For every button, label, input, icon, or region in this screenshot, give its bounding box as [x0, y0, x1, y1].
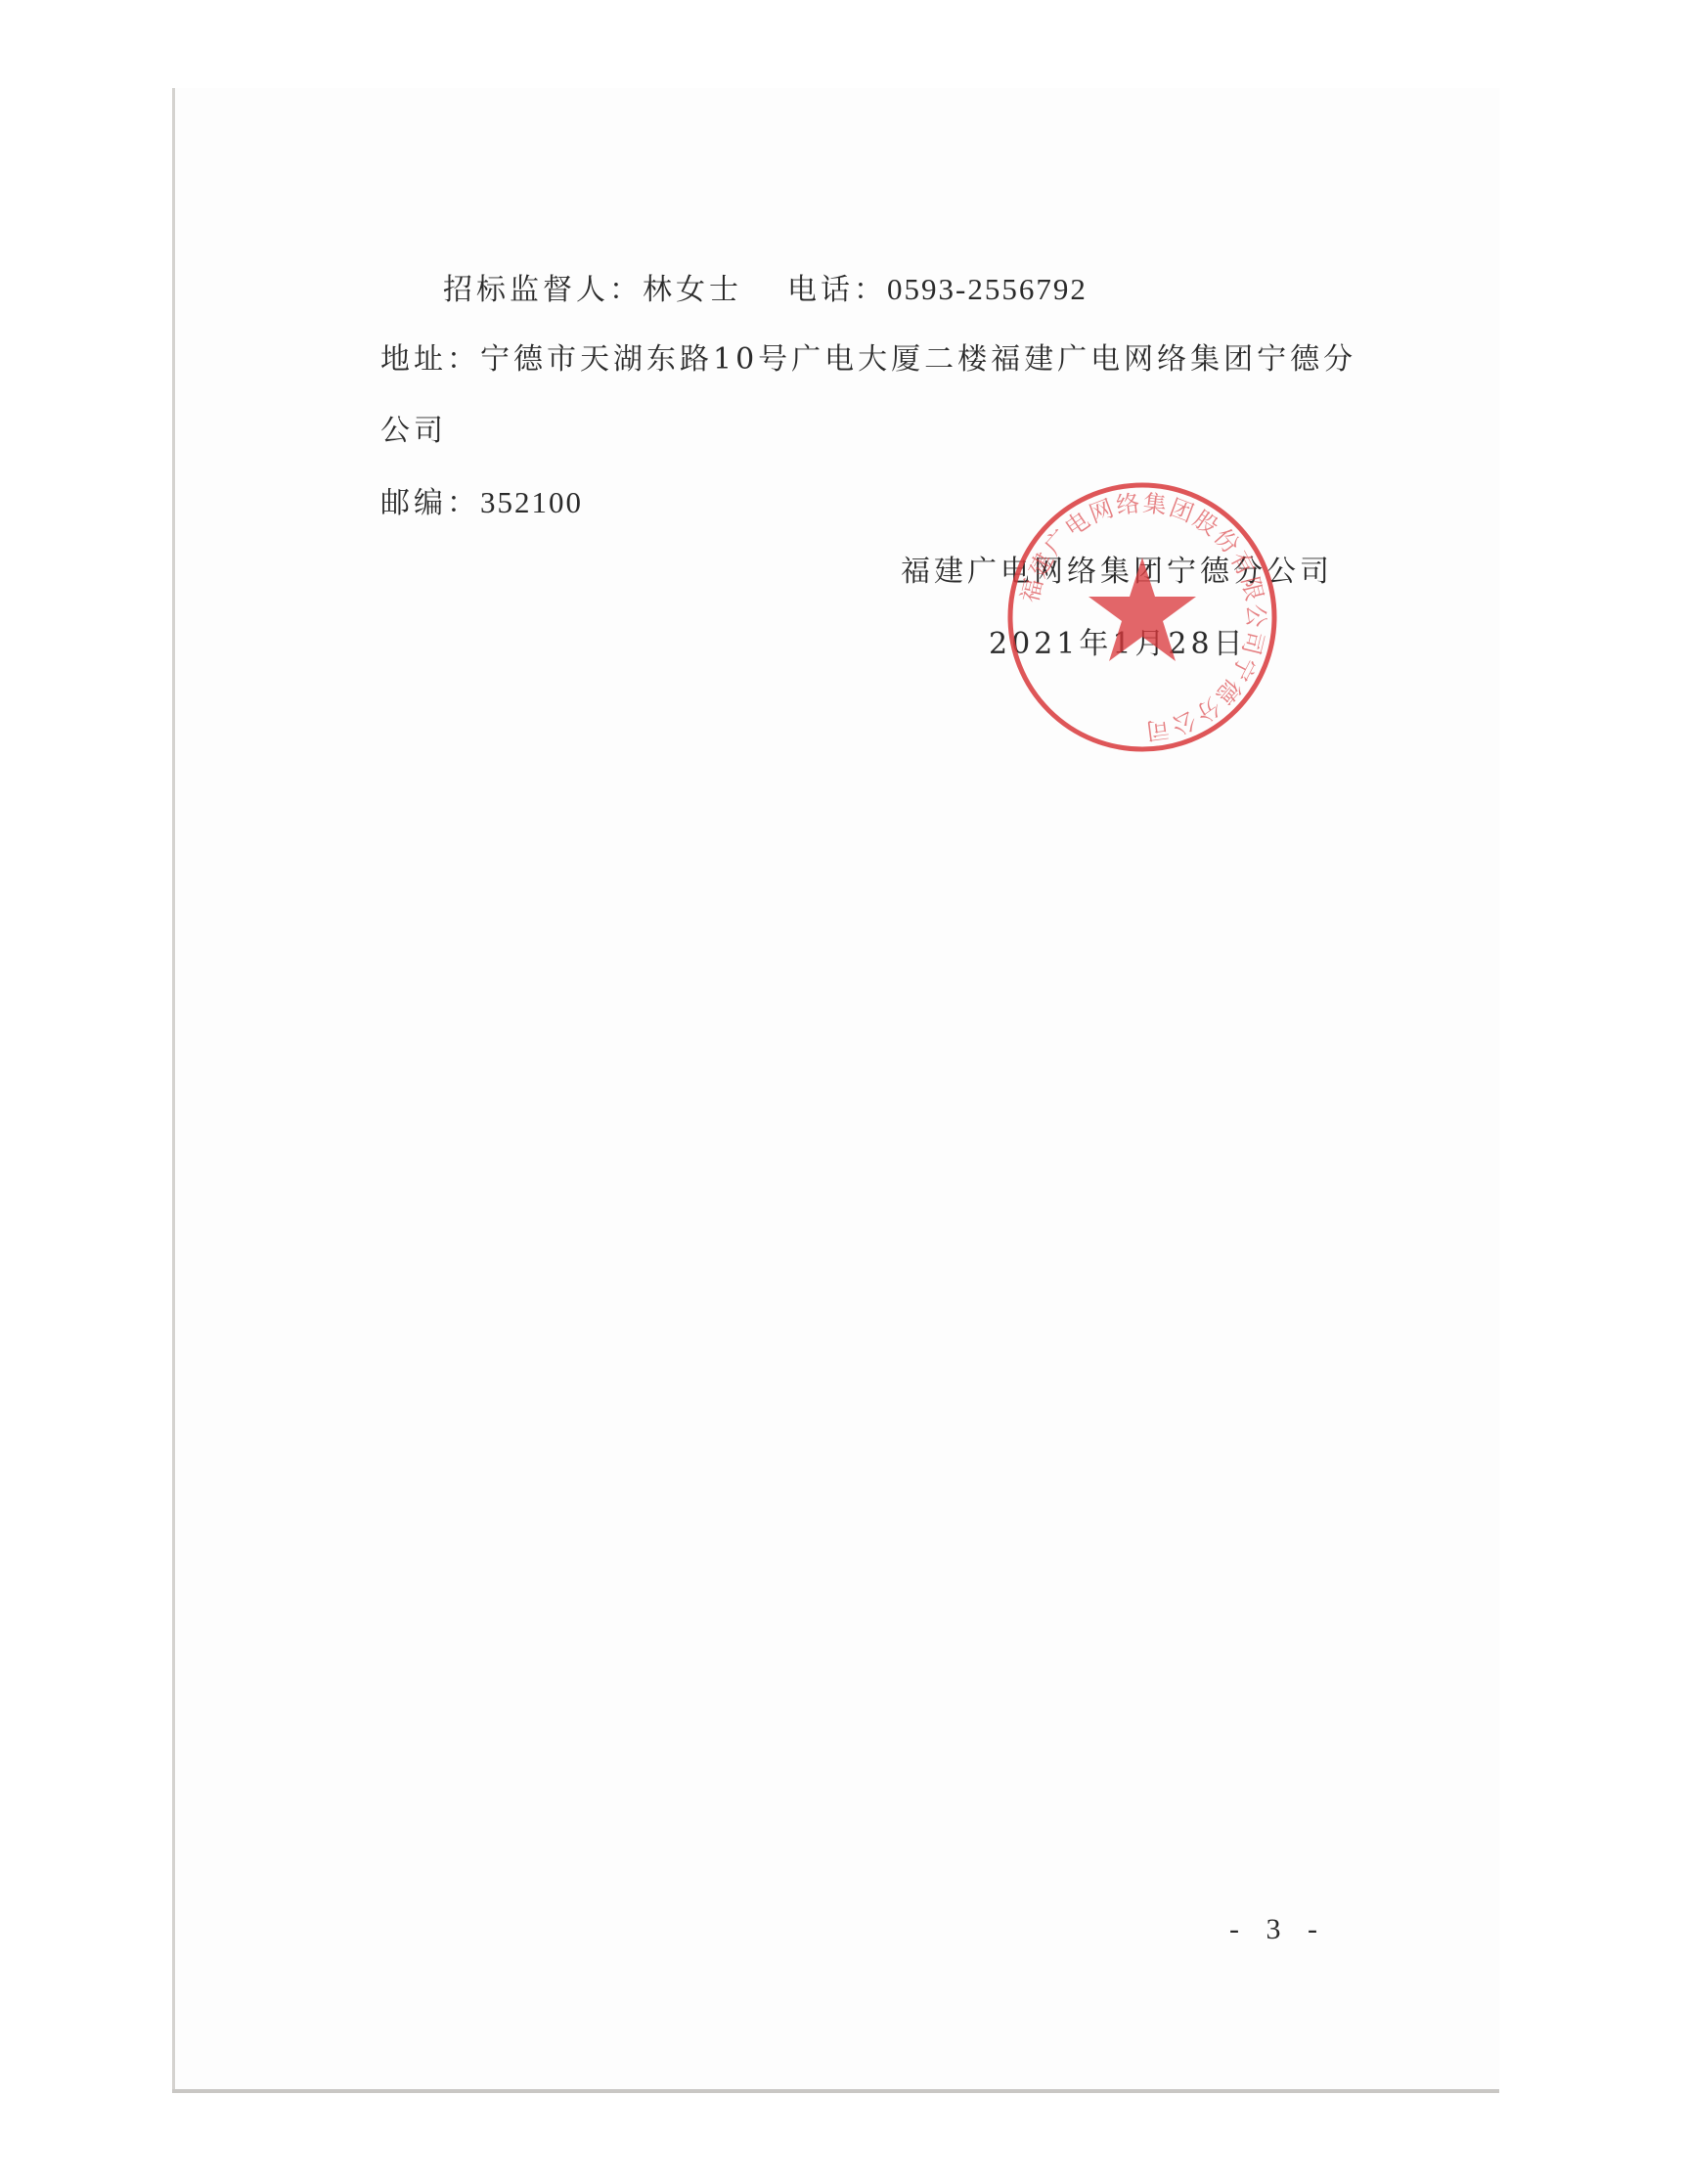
address-text-2: 公司: [380, 414, 447, 448]
supervisor-line: 招标监督人：林女士电话：0593-2556792: [443, 274, 1088, 305]
address-text-1: 宁德市天湖东路10号广电大厦二楼福建广电网络集团宁德分: [480, 342, 1356, 377]
seal-arc-text: 福建广电网络集团股份有限公司宁德分公司: [1016, 489, 1269, 744]
postcode-line: 邮编：352100: [380, 487, 583, 518]
postcode-label: 邮编：: [380, 486, 480, 520]
signature-date: 2021年1月28日: [989, 630, 1247, 659]
supervisor-label: 招标监督人：: [443, 273, 643, 307]
phone-label: 电话：: [787, 273, 887, 307]
official-seal-icon: 福建广电网络集团股份有限公司宁德分公司: [1004, 479, 1280, 755]
postcode-value: 352100: [480, 485, 583, 519]
address-line-1: 地址：宁德市天湖东路10号广电大厦二楼福建广电网络集团宁德分: [380, 345, 1356, 375]
svg-text:福建广电网络集团股份有限公司宁德分公司: 福建广电网络集团股份有限公司宁德分公司: [1016, 489, 1269, 744]
signature-organization: 福建广电网络集团宁德分公司: [901, 557, 1333, 587]
supervisor-name: 林女士: [643, 273, 742, 307]
address-label: 地址：: [380, 342, 480, 377]
page-number: - 3 -: [1229, 1915, 1327, 1944]
phone-number: 0593-2556792: [887, 272, 1088, 306]
document-page: 招标监督人：林女士电话：0593-2556792 地址：宁德市天湖东路10号广电…: [172, 88, 1499, 2089]
address-line-2: 公司: [380, 417, 447, 446]
